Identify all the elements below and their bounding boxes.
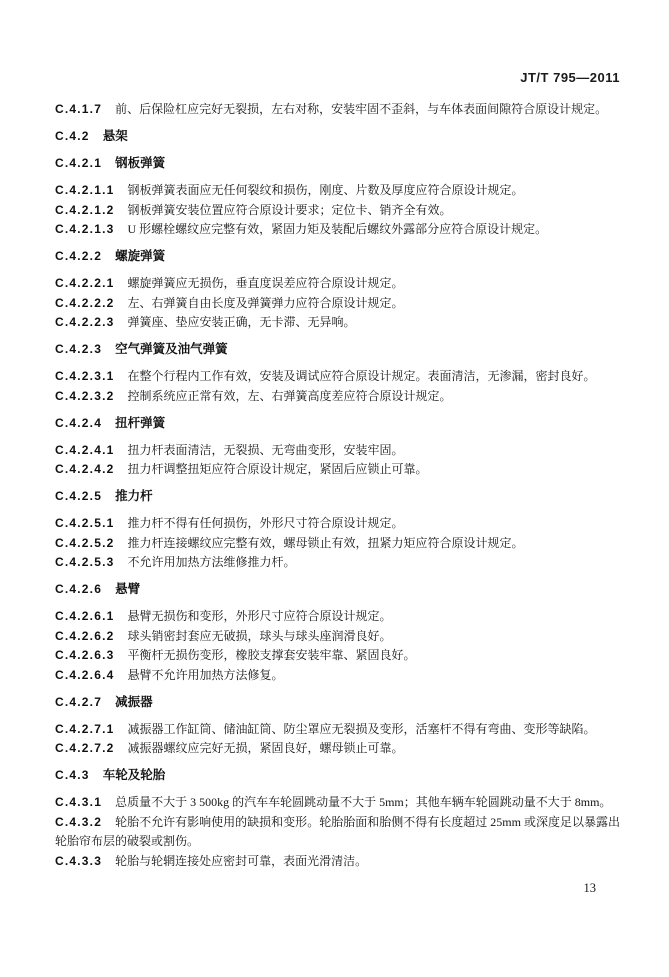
- clause-text: 扭杆弹簧: [115, 416, 165, 430]
- clause-row: C.4.3.2轮胎不允许有影响使用的缺损和变形。轮胎胎面和胎侧不得有长度超过 2…: [55, 813, 620, 852]
- clause-row: C.4.2.1.1钢板弹簧表面应无任何裂纹和损伤，刚度、片数及厚度应符合原设计规…: [55, 181, 620, 201]
- clause-row: C.4.2.6.2球头销密封套应无破损，球头与球头座润滑良好。: [55, 627, 620, 647]
- section-heading-row: C.4.2悬架: [55, 127, 620, 147]
- standard-number-header: JT/T 795—2011: [55, 70, 620, 86]
- clause-number: C.4.2.1.2: [55, 203, 115, 217]
- clause-row: C.4.2.3.1在整个行程内工作有效，安装及调试应符合原设计规定。表面清洁，无…: [55, 367, 620, 387]
- clause-text: 推力杆不得有任何损伤，外形尺寸符合原设计规定。: [128, 516, 404, 530]
- clause-number: C.4.2.1: [55, 156, 102, 170]
- clause-row: C.4.2.1.3U 形螺栓螺纹应完整有效，紧固力矩及装配后螺纹外露部分应符合原…: [55, 220, 620, 240]
- clause-number: C.4.2.4.2: [55, 462, 115, 476]
- clause-number: C.4.2.1.3: [55, 222, 115, 236]
- clause-row: C.4.2.6.4悬臂不允许用加热方法修复。: [55, 666, 620, 686]
- clause-row: C.4.2.6.3平衡杆无损伤变形，橡胶支撑套安装牢靠、紧固良好。: [55, 646, 620, 666]
- clause-text: 钢板弹簧表面应无任何裂纹和损伤，刚度、片数及厚度应符合原设计规定。: [128, 183, 524, 197]
- clause-number: C.4.2.7.2: [55, 741, 115, 755]
- section-heading-row: C.4.2.5推力杆: [55, 487, 620, 507]
- clause-text: 总质量不大于 3 500kg 的汽车车轮圆跳动量不大于 5mm；其他车辆车轮圆跳…: [115, 795, 611, 809]
- clause-row: C.4.2.4.1扭力杆表面清洁，无裂损、无弯曲变形，安装牢固。: [55, 441, 620, 461]
- clause-number: C.4.2.5: [55, 489, 102, 503]
- clause-number: C.4.3: [55, 768, 90, 782]
- clause-text: 轮胎不允许有影响使用的缺损和变形。轮胎胎面和胎侧不得有长度超过 25mm 或深度…: [55, 815, 620, 849]
- clause-text: 减振器: [115, 695, 153, 709]
- clause-number: C.4.2.6.2: [55, 629, 115, 643]
- clause-text: 钢板弹簧: [115, 156, 165, 170]
- clause-number: C.4.2.2.2: [55, 296, 115, 310]
- clause-text: 减振器螺纹应完好无损，紧固良好，螺母锁止可靠。: [128, 741, 404, 755]
- clause-text: 平衡杆无损伤变形，橡胶支撑套安装牢靠、紧固良好。: [128, 648, 416, 662]
- clause-text: 钢板弹簧安装位置应符合原设计要求；定位卡、销齐全有效。: [128, 203, 452, 217]
- clause-text: 空气弹簧及油气弹簧: [115, 342, 228, 356]
- clause-number: C.4.2.5.2: [55, 536, 115, 550]
- clause-text: 螺旋弹簧: [115, 249, 165, 263]
- page-number: 13: [55, 880, 620, 896]
- clause-number: C.4.2.6.4: [55, 668, 115, 682]
- clause-text: 轮胎与轮辋连接处应密封可靠，表面光滑清洁。: [115, 854, 367, 868]
- clause-text: 在整个行程内工作有效，安装及调试应符合原设计规定。表面清洁，无渗漏，密封良好。: [128, 369, 596, 383]
- clause-text: 左、右弹簧自由长度及弹簧弹力应符合原设计规定。: [128, 296, 404, 310]
- section-heading-row: C.4.2.6悬臂: [55, 580, 620, 600]
- clause-row: C.4.2.2.3弹簧座、垫应安装正确，无卡滞、无异响。: [55, 313, 620, 333]
- clause-number: C.4.2.6.3: [55, 648, 115, 662]
- clause-text: 前、后保险杠应完好无裂损，左右对称，安装牢固不歪斜，与车体表面间隙符合原设计规定…: [115, 102, 607, 116]
- clause-row: C.4.3.1总质量不大于 3 500kg 的汽车车轮圆跳动量不大于 5mm；其…: [55, 793, 620, 813]
- clause-text: 悬臂不允许用加热方法修复。: [128, 668, 284, 682]
- clause-text: 悬臂: [115, 582, 140, 596]
- clause-number: C.4.2.7: [55, 695, 102, 709]
- clause-text: 扭力杆调整扭矩应符合原设计规定，紧固后应锁止可靠。: [128, 462, 428, 476]
- clause-text: 不允许用加热方法维修推力杆。: [128, 555, 296, 569]
- clause-number: C.4.2.4.1: [55, 443, 115, 457]
- clause-text: 车轮及轮胎: [103, 768, 166, 782]
- clause-number: C.4.3.1: [55, 795, 102, 809]
- clause-number: C.4.2.5.3: [55, 555, 115, 569]
- clause-row: C.4.2.2.2左、右弹簧自由长度及弹簧弹力应符合原设计规定。: [55, 294, 620, 314]
- clause-row: C.4.2.7.1减振器工作缸筒、储油缸筒、防尘罩应无裂损及变形，活塞杆不得有弯…: [55, 720, 620, 740]
- document-body: C.4.1.7前、后保险杠应完好无裂损，左右对称，安装牢固不歪斜，与车体表面间隙…: [55, 100, 620, 871]
- clause-text: 扭力杆表面清洁，无裂损、无弯曲变形，安装牢固。: [128, 443, 404, 457]
- clause-row: C.4.2.6.1悬臂无损伤和变形，外形尺寸应符合原设计规定。: [55, 607, 620, 627]
- clause-row: C.4.2.7.2减振器螺纹应完好无损，紧固良好，螺母锁止可靠。: [55, 739, 620, 759]
- clause-text: 控制系统应正常有效，左、右弹簧高度差应符合原设计规定。: [128, 389, 452, 403]
- clause-number: C.4.2.2.1: [55, 276, 115, 290]
- clause-row: C.4.2.2.1螺旋弹簧应无损伤，垂直度误差应符合原设计规定。: [55, 274, 620, 294]
- clause-text: 弹簧座、垫应安装正确，无卡滞、无异响。: [128, 315, 356, 329]
- clause-number: C.4.2.3.1: [55, 369, 115, 383]
- clause-number: C.4.2.3: [55, 342, 102, 356]
- section-heading-row: C.4.2.7减振器: [55, 693, 620, 713]
- clause-row: C.4.2.4.2扭力杆调整扭矩应符合原设计规定，紧固后应锁止可靠。: [55, 460, 620, 480]
- section-heading-row: C.4.2.4扭杆弹簧: [55, 414, 620, 434]
- clause-text: 推力杆: [115, 489, 153, 503]
- clause-row: C.4.2.1.2钢板弹簧安装位置应符合原设计要求；定位卡、销齐全有效。: [55, 201, 620, 221]
- clause-text: U 形螺栓螺纹应完整有效，紧固力矩及装配后螺纹外露部分应符合原设计规定。: [128, 222, 548, 236]
- clause-text: 推力杆连接螺纹应完整有效，螺母锁止有效，扭紧力矩应符合原设计规定。: [128, 536, 524, 550]
- clause-number: C.4.2.2: [55, 249, 102, 263]
- clause-text: 螺旋弹簧应无损伤，垂直度误差应符合原设计规定。: [128, 276, 404, 290]
- clause-text: 悬架: [103, 129, 128, 143]
- clause-number: C.4.2.4: [55, 416, 102, 430]
- section-heading-row: C.4.2.1钢板弹簧: [55, 154, 620, 174]
- clause-number: C.4.3.3: [55, 854, 102, 868]
- clause-number: C.4.2.6.1: [55, 609, 115, 623]
- clause-number: C.4.2.1.1: [55, 183, 115, 197]
- clause-text: 减振器工作缸筒、储油缸筒、防尘罩应无裂损及变形，活塞杆不得有弯曲、变形等缺陷。: [128, 722, 596, 736]
- clause-row: C.4.1.7前、后保险杠应完好无裂损，左右对称，安装牢固不歪斜，与车体表面间隙…: [55, 100, 620, 120]
- clause-number: C.4.2: [55, 129, 90, 143]
- clause-number: C.4.2.5.1: [55, 516, 115, 530]
- document-page: JT/T 795—2011 C.4.1.7前、后保险杠应完好无裂损，左右对称，安…: [0, 0, 669, 977]
- clause-number: C.4.1.7: [55, 102, 102, 116]
- clause-number: C.4.2.3.2: [55, 389, 115, 403]
- clause-text: 悬臂无损伤和变形，外形尺寸应符合原设计规定。: [128, 609, 392, 623]
- clause-row: C.4.2.5.3不允许用加热方法维修推力杆。: [55, 553, 620, 573]
- clause-row: C.4.2.5.2推力杆连接螺纹应完整有效，螺母锁止有效，扭紧力矩应符合原设计规…: [55, 534, 620, 554]
- clause-number: C.4.2.6: [55, 582, 102, 596]
- clause-number: C.4.3.2: [55, 815, 102, 829]
- clause-number: C.4.2.2.3: [55, 315, 115, 329]
- clause-row: C.4.2.3.2控制系统应正常有效，左、右弹簧高度差应符合原设计规定。: [55, 387, 620, 407]
- section-heading-row: C.4.2.3空气弹簧及油气弹簧: [55, 340, 620, 360]
- section-heading-row: C.4.2.2螺旋弹簧: [55, 247, 620, 267]
- clause-row: C.4.2.5.1推力杆不得有任何损伤，外形尺寸符合原设计规定。: [55, 514, 620, 534]
- clause-row: C.4.3.3轮胎与轮辋连接处应密封可靠，表面光滑清洁。: [55, 852, 620, 872]
- clause-text: 球头销密封套应无破损，球头与球头座润滑良好。: [128, 629, 392, 643]
- clause-number: C.4.2.7.1: [55, 722, 115, 736]
- section-heading-row: C.4.3车轮及轮胎: [55, 766, 620, 786]
